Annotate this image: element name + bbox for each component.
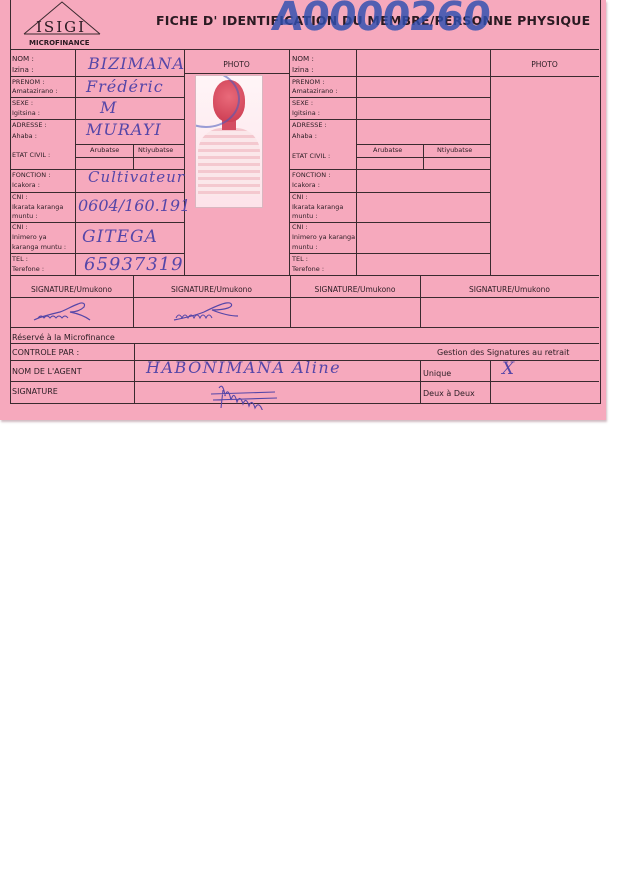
label-arubatse-2: Arubatse (373, 146, 402, 156)
label-tel-2: TEL : (292, 255, 308, 265)
gestion-signatures-label: Gestion des Signatures au retrait (437, 347, 569, 358)
label-ntiyubatse: Ntiyubatse (138, 146, 173, 156)
label-izina-2: Izina : (292, 64, 314, 75)
label-karanga-muntu: karanga muntu : (12, 243, 66, 253)
signature-2-scribble[interactable] (168, 298, 244, 326)
label-icakora: Icakora : (12, 181, 40, 191)
label-terefone: Terefone : (12, 265, 44, 275)
signature-label-2: SIGNATURE/Umukono (133, 285, 290, 294)
logo-subtitle: MICROFINANCE (29, 39, 90, 47)
label-ahaba: Ahaba : (12, 132, 37, 142)
label-inimero-2: Inimero ya karanga (292, 233, 355, 243)
logo-name: ISIGI (36, 18, 86, 36)
agent-name-value[interactable]: HABONIMANA Aline (146, 358, 341, 377)
member1-prenom[interactable]: Frédéric (86, 77, 164, 96)
unique-checkbox-mark[interactable]: X (502, 359, 515, 379)
member2-cni-inimero-field[interactable] (357, 223, 489, 252)
label-igitsina: Igitsina : (12, 109, 40, 119)
signature-1-scribble[interactable] (28, 298, 98, 326)
label-icakora-2: Icakora : (292, 181, 320, 191)
label-adresse-2: ADRESSE : (292, 121, 327, 131)
account-number-stamp: A0000260 (270, 0, 493, 40)
label-amatazirano-2: Amatazirano : (292, 87, 338, 97)
signature-4-field[interactable] (421, 298, 598, 326)
signature-label-3: SIGNATURE/Umukono (290, 285, 420, 294)
member1-sexe[interactable]: M (100, 98, 117, 117)
label-arubatse: Arubatse (90, 146, 119, 156)
signature-3-field[interactable] (291, 298, 419, 326)
deux-a-deux-label: Deux à Deux (423, 388, 475, 399)
label-cni-1-2: CNI : (292, 193, 308, 203)
label-muntu-2: muntu : (292, 212, 318, 222)
member1-fonction[interactable]: Cultivateur (88, 168, 185, 186)
label-cni-2: CNI : (12, 223, 28, 233)
label-izina: Izina : (12, 64, 34, 75)
photo-label-2: PHOTO (490, 60, 599, 69)
agent-signature-scribble[interactable] (205, 380, 285, 410)
agent-signature-label: SIGNATURE (12, 386, 58, 397)
label-karanga-muntu-2: muntu : (292, 243, 318, 253)
member1-tel[interactable]: 65937319 (84, 254, 184, 275)
member1-photo (195, 75, 263, 208)
label-ntiyubatse-2: Ntiyubatse (437, 146, 472, 156)
agent-name-label: NOM DE L'AGENT (12, 366, 82, 377)
label-sexe-2: SEXE : (292, 99, 313, 109)
label-terefone-2: Terefone : (292, 265, 324, 275)
member-identification-card: ISIGI MICROFINANCE FICHE D' IDENTIFICATI… (0, 0, 606, 420)
signature-label-4: SIGNATURE/Umukono (420, 285, 599, 294)
label-igitsina-2: Igitsina : (292, 109, 320, 119)
label-adresse: ADRESSE : (12, 121, 47, 131)
label-sexe: SEXE : (12, 99, 33, 109)
member2-adresse-field[interactable] (357, 120, 489, 143)
label-cni-1: CNI : (12, 193, 28, 203)
label-tel: TEL : (12, 255, 28, 265)
member1-adresse[interactable]: MURAYI (86, 120, 162, 139)
member2-cni-ikarata-field[interactable] (357, 193, 489, 221)
label-fonction: FONCTION : (12, 171, 50, 181)
member2-photo-area (491, 77, 598, 274)
label-muntu: muntu : (12, 212, 38, 222)
unique-label: Unique (423, 368, 451, 379)
photo-label-1: PHOTO (184, 60, 289, 69)
label-cni-2-2: CNI : (292, 223, 308, 233)
signature-label-1: SIGNATURE/Umukono (10, 285, 133, 294)
label-ahaba-2: Ahaba : (292, 132, 317, 142)
label-etat-civil-2: ETAT CIVIL : (292, 152, 330, 162)
member1-cni-ikarata[interactable]: 0604/160.191 (78, 196, 190, 215)
controle-label: CONTROLE PAR : (12, 347, 79, 358)
member2-nom-field[interactable] (357, 50, 489, 75)
reserved-heading: Réservé à la Microfinance (12, 332, 115, 343)
label-nom-2: NOM : (292, 53, 314, 64)
label-etat-civil: ETAT CIVIL : (12, 151, 50, 161)
label-amatazirano: Amatazirano : (12, 87, 58, 97)
label-nom: NOM : (12, 53, 34, 64)
member2-fonction-field[interactable] (357, 170, 489, 191)
deux-a-deux-checkbox[interactable] (491, 382, 598, 402)
label-fonction-2: FONCTION : (292, 171, 330, 181)
member1-cni-inimero[interactable]: GITEGA (82, 227, 158, 247)
member2-sexe-field[interactable] (357, 98, 489, 118)
member1-nom[interactable]: BIZIMANA (88, 54, 185, 73)
member2-tel-field[interactable] (357, 254, 489, 274)
member2-prenom-field[interactable] (357, 77, 489, 96)
label-inimero: Inimero ya (12, 233, 47, 243)
